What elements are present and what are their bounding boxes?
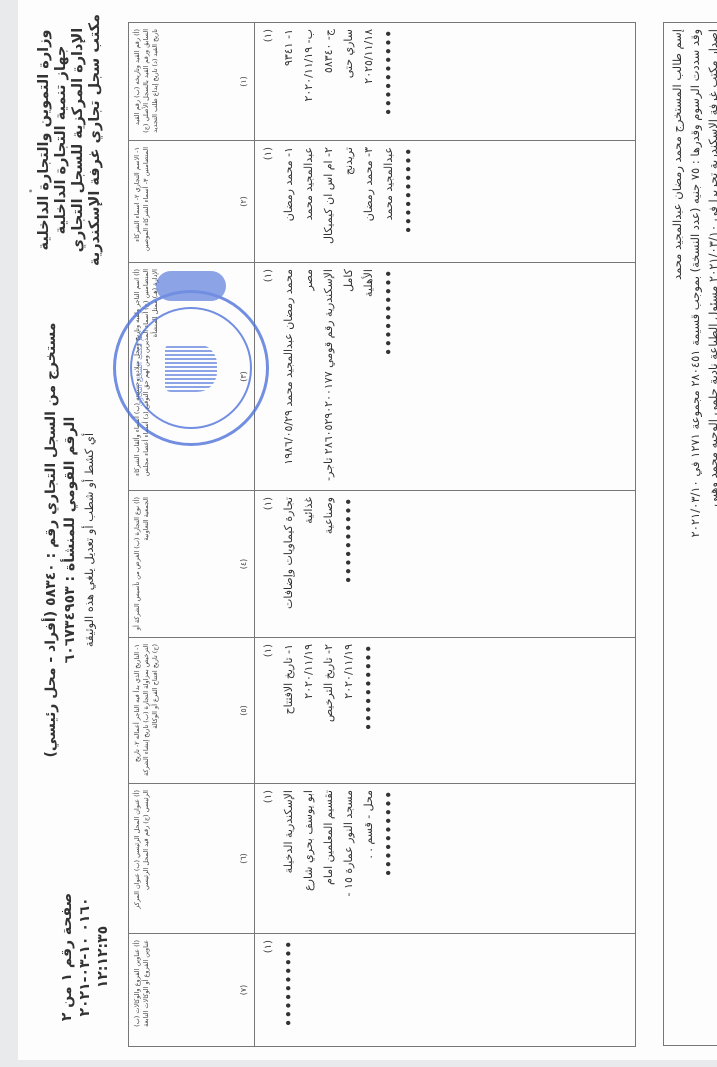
cell-line: ج- ٥٨٣٤٠ — [319, 29, 339, 134]
cell-line: مسجد النور عمارة ١٥ - — [339, 790, 359, 927]
cell-line: ١- محمد رمضان عبدالمجيد محمد — [279, 147, 319, 256]
column-header: (أ) عنوان المحل الرئيسي (ب) عنوان المركز… — [129, 784, 255, 934]
cell-index: (١) — [259, 29, 279, 134]
scan-mark: • — [26, 188, 37, 194]
ministry-line: مكتب سجل تجاري غرفة الإسكندرية — [87, 0, 104, 280]
table-cell: (١)الإسكندرية الدخيلةابو يوسف بحري شارعت… — [255, 784, 636, 934]
print-timestamp: ٠١٦٠ ١٠-٠٣-٢٠٢١ ١٢:١٢:٣٥ — [76, 867, 112, 1047]
cell-line: تقسيم المعلمين امام — [319, 790, 339, 927]
cell-index: (١) — [259, 147, 279, 256]
cell-line: ابو يوسف بحري شارع — [299, 790, 319, 927]
table-row: (١)١- ٩٣٤١ب- ٢٠٢٠/١١/١٩ج- ٥٨٣٤٠ساري حتى٢… — [255, 23, 636, 1047]
column-header: (أ) رقم القيد وتاريخه (ب) رقم القيد السا… — [129, 23, 255, 141]
cell-line: ٢٠٢٠/١١/١٩ — [339, 644, 359, 777]
table-header-row: (أ) رقم القيد وتاريخه (ب) رقم القيد السا… — [129, 23, 255, 1047]
column-number: (٤) — [239, 491, 248, 637]
cell-line: تجارة كيماويات وإضافات غذائية — [279, 497, 319, 631]
extract-title-block: مستخرج من السجل التجاري رقم : ٥٨٣٤٠ (أفر… — [42, 300, 99, 780]
issue-details: إصدار مكتب غرفة الإسكندرية تحريرا في ٢٠٢… — [704, 29, 717, 537]
cell-line: ٢- ام اس ان كيميكال تريدنج — [319, 147, 359, 256]
cell-line: •••••••••• — [359, 644, 379, 777]
cell-line: ٣- محمد رمضان عبدالمجيد محمد — [359, 147, 399, 256]
extract-title: مستخرج من السجل التجاري رقم : ٥٨٣٤٠ (أفر… — [42, 300, 61, 780]
column-header-text: (أ) رقم القيد وتاريخه (ب) رقم القيد السا… — [133, 29, 160, 134]
cell-line: •••••••••• — [379, 29, 399, 134]
column-header-text: ١- الاسم التجاري ٢- اسماء الشركاء المتضا… — [133, 147, 151, 256]
cell-line: محل - قسم . . — [359, 790, 379, 927]
column-number: (١) — [239, 23, 248, 140]
cell-line: الأهلية — [359, 269, 379, 484]
table-cell: (١)١- محمد رمضان عبدالمجيد محمد٢- ام اس … — [255, 141, 636, 263]
cell-line: الإسكندرية رقم قومي ٢٨٦٠٥٢٩٠٢٠٠١٧٧ تاجر-… — [319, 269, 359, 484]
table-cell: (١)محمد رمضان عبدالمجيد محمد ١٩٨٦/٠٥/٢٩ … — [255, 263, 636, 491]
ministry-line: الإدارة المركزية للسجل التجاري — [70, 0, 87, 280]
table-cell: (١)تجارة كيماويات وإضافات غذائيةوصناعية•… — [255, 491, 636, 638]
cell-index: (١) — [259, 497, 279, 631]
official-stamp: ختم مكتب السجل التجاري — [113, 290, 269, 446]
cell-line: الإسكندرية الدخيلة — [279, 790, 299, 927]
fee-footer: إسم طالب المستخرج محمد رمضان عبدالمجيد م… — [663, 22, 717, 1046]
column-header: ١- التاريخ الذي بدأ فيه التاجر أعماله ٢-… — [129, 638, 255, 784]
column-header: ١- الاسم التجاري ٢- اسماء الشركاء المتضا… — [129, 141, 255, 263]
cell-line: •••••••••• — [279, 940, 299, 1040]
cell-line: ١- تاريخ الافتتاح — [279, 644, 299, 777]
ministry-line: وزارة التموين والتجارة الداخلية — [36, 0, 53, 280]
cell-line: •••••••••• — [399, 147, 419, 256]
cell-line: ب- ٢٠٢٠/١١/١٩ — [299, 29, 319, 134]
cell-index: (١) — [259, 790, 279, 927]
page-info: صفحة رقم ١ من ٢ ٠١٦٠ ١٠-٠٣-٢٠٢١ ١٢:١٢:٣٥ — [58, 867, 112, 1047]
column-header-text: ١- التاريخ الذي بدأ فيه التاجر أعماله ٢-… — [133, 644, 160, 777]
column-number: (٥) — [239, 638, 248, 783]
ministry-header: وزارة التموين والتجارة الداخلية جهاز تنم… — [36, 0, 104, 280]
column-number: (٢) — [239, 141, 248, 262]
cell-line: ساري حتى — [339, 29, 359, 134]
column-header-text: (أ) عنوان المحل الرئيسي (ب) عنوان المركز… — [133, 790, 151, 927]
eagle-emblem-icon — [165, 344, 217, 392]
column-header-text: (أ) عناوين الفروع والوكالات (ب) عناوين ا… — [133, 940, 151, 1040]
fee-details: وقد سددت الرسوم وقدرها : ٧٥ جنيه (عدد ال… — [686, 29, 704, 537]
registry-table: (أ) رقم القيد وتاريخه (ب) رقم القيد السا… — [128, 22, 636, 1047]
cell-line: ١- ٩٣٤١ — [279, 29, 299, 134]
cell-line: •••••••••• — [379, 269, 399, 484]
registry-extract-document: وزارة التموين والتجارة الداخلية جهاز تنم… — [18, 0, 717, 1067]
cell-line: ٢٠٢٠/١١/١٩ — [299, 644, 319, 777]
validity-notice: أي كشط أو شطب أو تعديل يلغي هذه الوثيقة — [80, 300, 99, 780]
cell-line: ٢٠٢٥/١١/١٨ — [359, 29, 379, 134]
column-header: (أ) عناوين الفروع والوكالات (ب) عناوين ا… — [129, 934, 255, 1047]
stamp-text: ختم مكتب السجل التجاري — [136, 293, 144, 443]
cell-line: •••••••••• — [379, 790, 399, 927]
column-number: (٧) — [239, 934, 248, 1046]
ministry-line: جهاز تنمية التجارة الداخلية — [53, 0, 70, 280]
table-cell: (١)١- تاريخ الافتتاح٢٠٢٠/١١/١٩٢- تاريخ ا… — [255, 638, 636, 784]
column-number: (٦) — [239, 784, 248, 933]
stamp-ink-mark — [156, 271, 226, 301]
table-cell: (١)•••••••••• — [255, 934, 636, 1047]
cell-index: (١) — [259, 644, 279, 777]
table-cell: (١)١- ٩٣٤١ب- ٢٠٢٠/١١/١٩ج- ٥٨٣٤٠ساري حتى٢… — [255, 23, 636, 141]
cell-line: •••••••••• — [339, 497, 359, 631]
cell-line: ٢- تاريخ الترخيص — [319, 644, 339, 777]
column-header: (أ) نوع التجارة (ب) الغرض من تأسيس الشرك… — [129, 491, 255, 638]
national-id: الرقم القومي للمنشأة : ٦٠٦٧٣٤٩٥٣ — [61, 300, 80, 780]
column-header-text: (أ) نوع التجارة (ب) الغرض من تأسيس الشرك… — [133, 497, 151, 631]
requester-name: إسم طالب المستخرج محمد رمضان عبدالمجيد م… — [668, 29, 686, 537]
page-number: صفحة رقم ١ من ٢ — [58, 867, 76, 1047]
scanned-page: وزارة التموين والتجارة الداخلية جهاز تنم… — [18, 0, 717, 1060]
cell-line: محمد رمضان عبدالمجيد محمد ١٩٨٦/٠٥/٢٩ مصر — [279, 269, 319, 484]
cell-index: (١) — [259, 940, 279, 1040]
cell-line: وصناعية — [319, 497, 339, 631]
